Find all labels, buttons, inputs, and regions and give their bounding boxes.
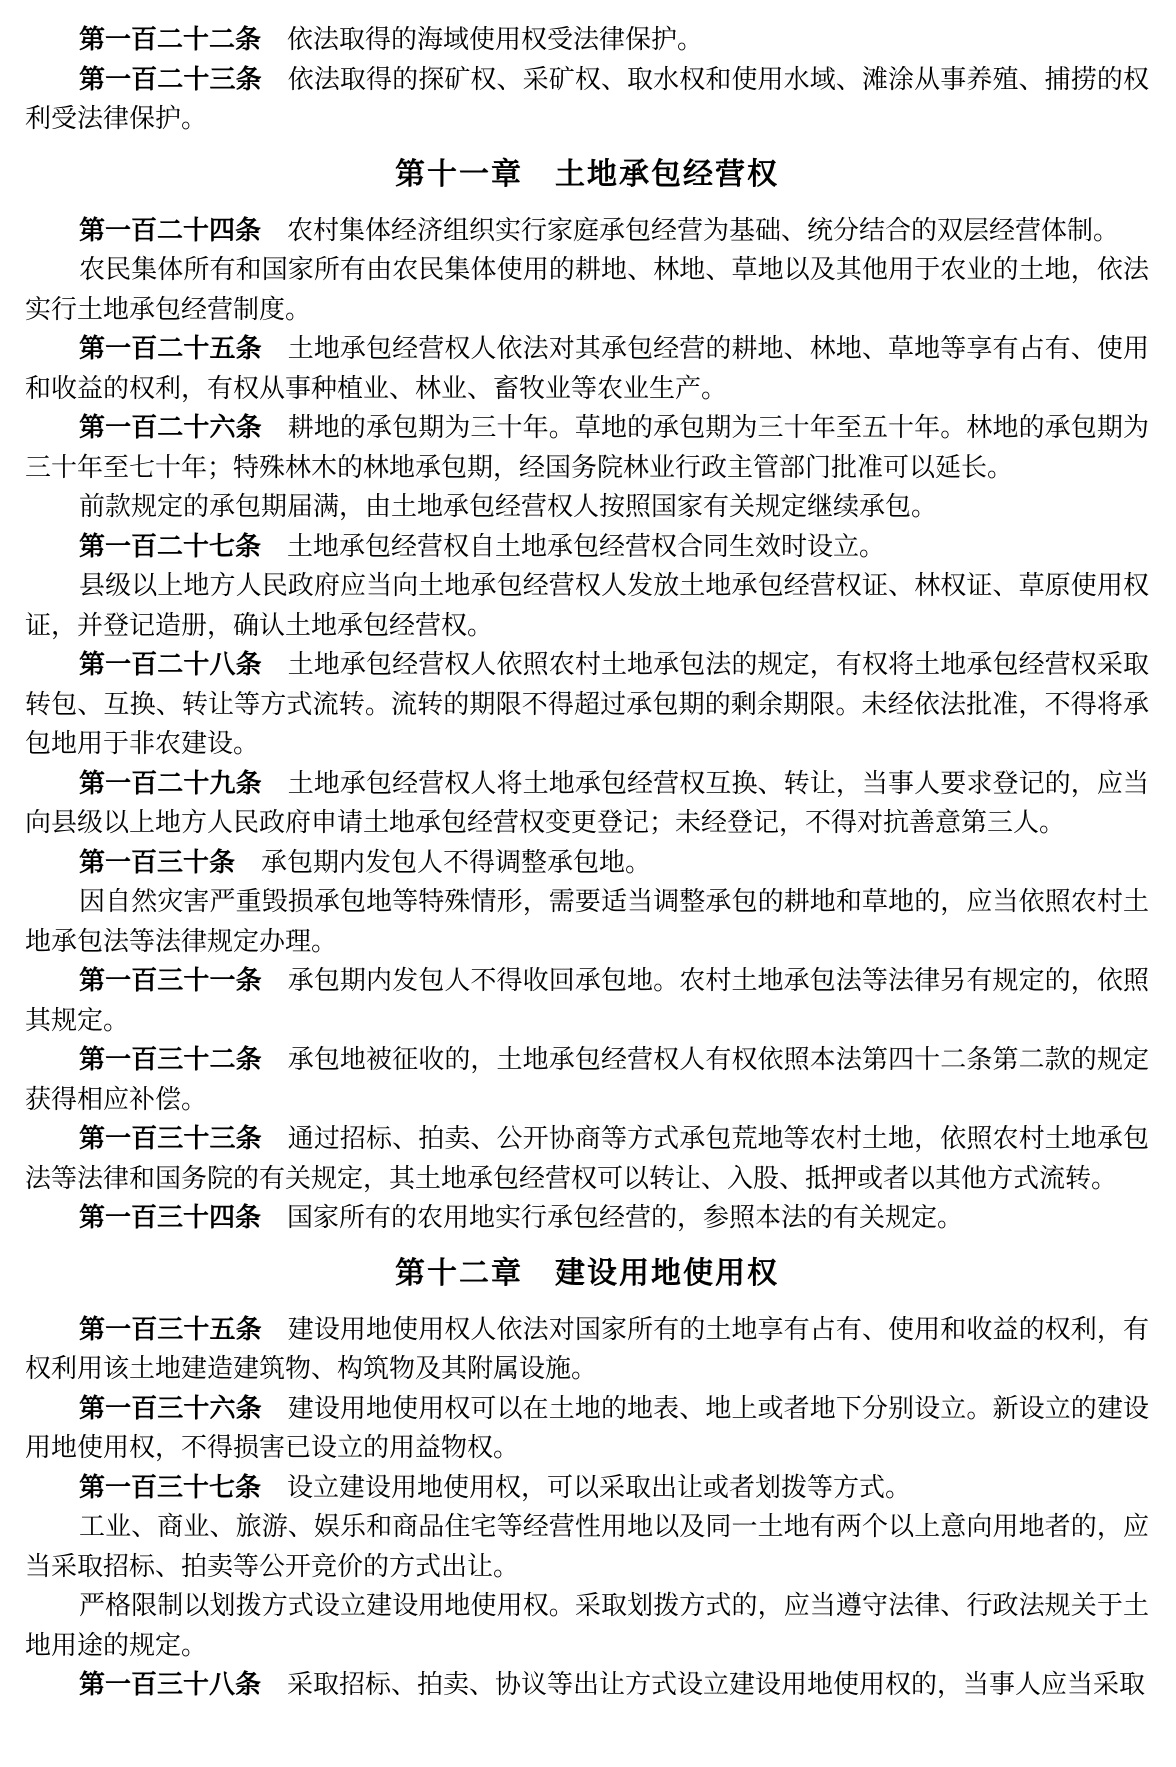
article-122-number: 第一百二十二条 <box>79 24 261 54</box>
article-129: 第一百二十九条土地承包经营权人将土地承包经营权互换、转让，当事人要求登记的，应当… <box>25 764 1149 843</box>
article-126-paragraph-2: 前款规定的承包期届满，由土地承包经营权人按照国家有关规定继续承包。 <box>25 487 1149 527</box>
article-137-number: 第一百三十七条 <box>79 1472 261 1502</box>
chapter-heading-12: 第十二章 建设用地使用权 <box>25 1254 1149 1294</box>
article-138-number: 第一百三十八条 <box>79 1669 261 1699</box>
article-124-text: 农村集体经济组织实行家庭承包经营为基础、统分结合的双层经营体制。 <box>287 216 1119 245</box>
article-136: 第一百三十六条建设用地使用权可以在土地的地表、地上或者地下分别设立。新设立的建设… <box>25 1389 1149 1468</box>
article-130: 第一百三十条承包期内发包人不得调整承包地。 <box>25 843 1149 883</box>
article-136-number: 第一百三十六条 <box>79 1393 262 1423</box>
article-138: 第一百三十八条采取招标、拍卖、协议等出让方式设立建设用地使用权的，当事人应当采取 <box>25 1665 1149 1705</box>
article-130-number: 第一百三十条 <box>79 847 235 877</box>
article-123-number: 第一百二十三条 <box>79 64 262 94</box>
article-122: 第一百二十二条依法取得的海域使用权受法律保护。 <box>25 20 1149 60</box>
document-page: 第一百二十二条依法取得的海域使用权受法律保护。 第一百二十三条依法取得的探矿权、… <box>0 0 1176 1705</box>
article-133-number: 第一百三十三条 <box>79 1123 262 1153</box>
article-124-paragraph-2: 农民集体所有和国家所有由农民集体使用的耕地、林地、草地以及其他用于农业的土地，依… <box>25 250 1149 329</box>
article-131: 第一百三十一条承包期内发包人不得收回承包地。农村土地承包法等法律另有规定的，依照… <box>25 961 1149 1040</box>
article-135: 第一百三十五条建设用地使用权人依法对国家所有的土地享有占有、使用和收益的权利，有… <box>25 1310 1149 1389</box>
article-127-text: 土地承包经营权自土地承包经营权合同生效时设立。 <box>287 532 885 561</box>
article-128: 第一百二十八条土地承包经营权人依照农村土地承包法的规定，有权将土地承包经营权采取… <box>25 645 1149 764</box>
article-131-number: 第一百三十一条 <box>79 965 262 995</box>
article-127-number: 第一百二十七条 <box>79 531 261 561</box>
article-132: 第一百三十二条承包地被征收的，土地承包经营权人有权依照本法第四十二条第二款的规定… <box>25 1040 1149 1119</box>
article-132-number: 第一百三十二条 <box>79 1044 262 1074</box>
article-128-number: 第一百二十八条 <box>79 649 262 679</box>
article-134: 第一百三十四条国家所有的农用地实行承包经营的，参照本法的有关规定。 <box>25 1198 1149 1238</box>
article-122-text: 依法取得的海域使用权受法律保护。 <box>287 25 703 54</box>
article-123: 第一百二十三条依法取得的探矿权、采矿权、取水权和使用水域、滩涂从事养殖、捕捞的权… <box>25 60 1149 139</box>
article-125-number: 第一百二十五条 <box>79 333 262 363</box>
article-130-paragraph-2: 因自然灾害严重毁损承包地等特殊情形，需要适当调整承包的耕地和草地的，应当依照农村… <box>25 882 1149 961</box>
article-129-number: 第一百二十九条 <box>79 768 262 798</box>
article-134-text: 国家所有的农用地实行承包经营的，参照本法的有关规定。 <box>287 1203 963 1232</box>
article-137-text: 设立建设用地使用权，可以采取出让或者划拨等方式。 <box>287 1473 911 1502</box>
article-127-paragraph-2: 县级以上地方人民政府应当向土地承包经营权人发放土地承包经营权证、林权证、草原使用… <box>25 566 1149 645</box>
article-127: 第一百二十七条土地承包经营权自土地承包经营权合同生效时设立。 <box>25 527 1149 567</box>
article-124-number: 第一百二十四条 <box>79 215 261 245</box>
article-137-paragraph-3: 严格限制以划拨方式设立建设用地使用权。采取划拨方式的，应当遵守法律、行政法规关于… <box>25 1586 1149 1665</box>
article-134-number: 第一百三十四条 <box>79 1202 261 1232</box>
article-126-number: 第一百二十六条 <box>79 412 262 442</box>
article-138-text: 采取招标、拍卖、协议等出让方式设立建设用地使用权的，当事人应当采取 <box>287 1670 1145 1699</box>
article-133: 第一百三十三条通过招标、拍卖、公开协商等方式承包荒地等农村土地，依照农村土地承包… <box>25 1119 1149 1198</box>
article-125: 第一百二十五条土地承包经营权人依法对其承包经营的耕地、林地、草地等享有占有、使用… <box>25 329 1149 408</box>
article-137-paragraph-2: 工业、商业、旅游、娱乐和商品住宅等经营性用地以及同一土地有两个以上意向用地者的，… <box>25 1507 1149 1586</box>
article-135-number: 第一百三十五条 <box>79 1314 262 1344</box>
article-126: 第一百二十六条耕地的承包期为三十年。草地的承包期为三十年至五十年。林地的承包期为… <box>25 408 1149 487</box>
article-130-text: 承包期内发包人不得调整承包地。 <box>261 848 651 877</box>
article-124: 第一百二十四条农村集体经济组织实行家庭承包经营为基础、统分结合的双层经营体制。 <box>25 211 1149 251</box>
article-137: 第一百三十七条设立建设用地使用权，可以采取出让或者划拨等方式。 <box>25 1468 1149 1508</box>
chapter-heading-11: 第十一章 土地承包经营权 <box>25 155 1149 195</box>
